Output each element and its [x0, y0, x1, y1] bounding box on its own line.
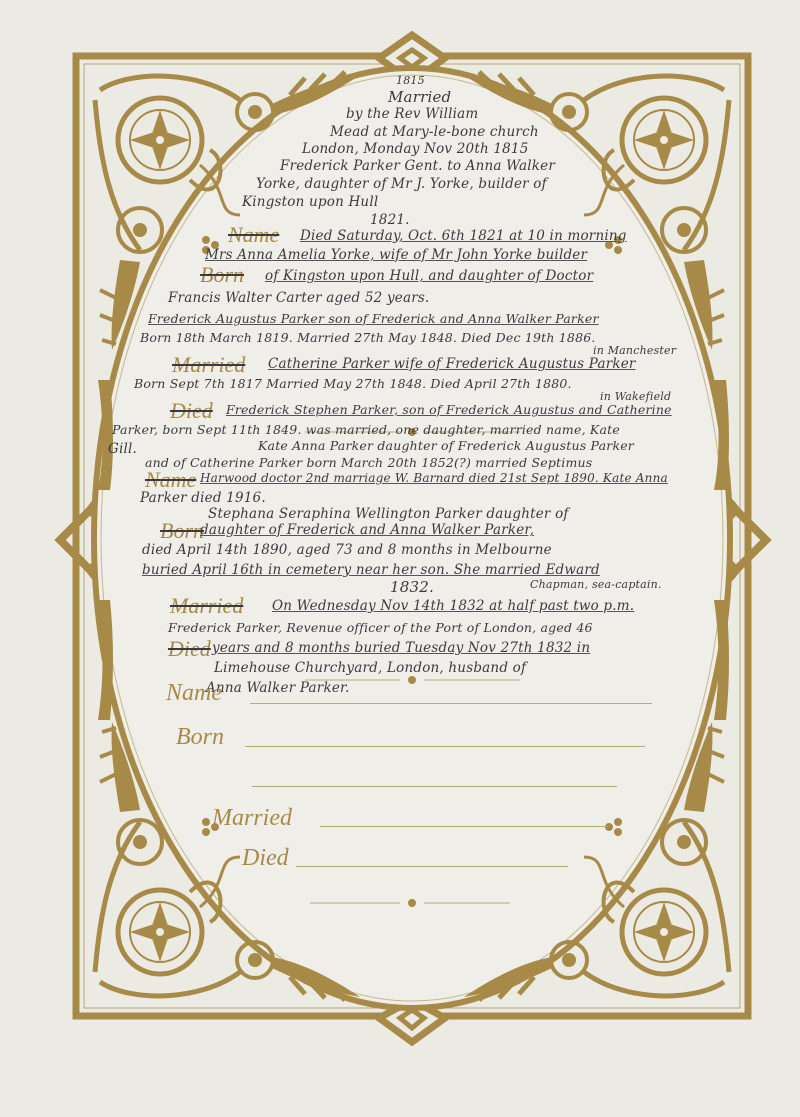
printed-label-born: Born — [200, 262, 244, 288]
entry-line: Catherine Parker wife of Frederick Augus… — [268, 356, 636, 372]
entry-line: Limehouse Churchyard, London, husband of — [214, 660, 526, 676]
entry-line: Parker, born Sept 11th 1849. was married… — [112, 422, 620, 437]
entry-line: Anna Walker Parker. — [206, 680, 350, 696]
entry-line: and of Catherine Parker born March 20th … — [145, 455, 592, 470]
entry-line: Frederick Stephen Parker, son of Frederi… — [226, 402, 672, 417]
entry-line: daughter of Frederick and Anna Walker Pa… — [200, 522, 534, 538]
entry-line: Frederick Parker, Revenue officer of the… — [168, 620, 593, 635]
form-label-married: Married — [212, 805, 292, 832]
form-field-born[interactable] — [245, 746, 645, 747]
marriage-line: Mead at Mary-le-bone church — [330, 124, 539, 140]
form-field-born-continued[interactable] — [252, 786, 617, 787]
form-field-died[interactable] — [296, 866, 568, 867]
entry-line: Frederick Augustus Parker son of Frederi… — [148, 311, 599, 326]
entry-line: Harwood doctor 2nd marriage W. Barnard d… — [200, 471, 668, 485]
printed-label-name: Name — [228, 222, 279, 248]
printed-label-married: Married — [170, 593, 243, 619]
printed-label-married: Married — [172, 352, 245, 378]
entry-line: died April 14th 1890, aged 73 and 8 mont… — [142, 542, 552, 558]
entry-line: Born 18th March 1819. Married 27th May 1… — [140, 330, 596, 345]
entry-line: Stephana Seraphina Wellington Parker dau… — [208, 506, 569, 522]
form-label-name: Name — [166, 680, 222, 707]
marriage-line: by the Rev William — [346, 106, 478, 122]
entry-line: On Wednesday Nov 14th 1832 at half past … — [272, 598, 634, 614]
entry-line: of Kingston upon Hull, and daughter of D… — [265, 268, 593, 284]
marriage-line: London, Monday Nov 20th 1815 — [302, 141, 529, 157]
register-page: 1815 Married by the Rev William Mead at … — [0, 0, 800, 1117]
form-label-died: Died — [242, 845, 289, 872]
marriage-year: 1815 — [396, 74, 425, 87]
entry-note: Chapman, sea-captain. — [530, 578, 662, 591]
entry-year: 1832. — [390, 578, 434, 596]
form-label-born: Born — [176, 724, 224, 751]
entry-line: years and 8 months buried Tuesday Nov 27… — [212, 640, 590, 656]
form-field-married[interactable] — [320, 826, 608, 827]
marriage-line: Frederick Parker Gent. to Anna Walker — [280, 158, 555, 174]
entry-line: Mrs Anna Amelia Yorke, wife of Mr John Y… — [205, 247, 587, 263]
entry-line: Born Sept 7th 1817 Married May 27th 1848… — [134, 376, 572, 391]
entry-line: Died Saturday, Oct. 6th 1821 at 10 in mo… — [300, 228, 627, 244]
marriage-heading: Married — [388, 88, 451, 106]
printed-label-died: Died — [168, 636, 211, 662]
form-field-name[interactable] — [250, 703, 652, 704]
entry-line: Kate Anna Parker daughter of Frederick A… — [258, 438, 634, 453]
printed-label-born: Born — [160, 518, 204, 544]
entry-line: buried April 16th in cemetery near her s… — [142, 562, 600, 578]
printed-label-died: Died — [170, 398, 213, 424]
marriage-line: Kingston upon Hull — [242, 194, 378, 210]
entry-line: Gill. — [108, 441, 137, 457]
entry-year: 1821. — [370, 212, 410, 228]
marriage-line: Yorke, daughter of Mr J. Yorke, builder … — [256, 176, 547, 192]
entry-line: Francis Walter Carter aged 52 years. — [168, 290, 430, 306]
entry-line: Parker died 1916. — [140, 490, 266, 506]
